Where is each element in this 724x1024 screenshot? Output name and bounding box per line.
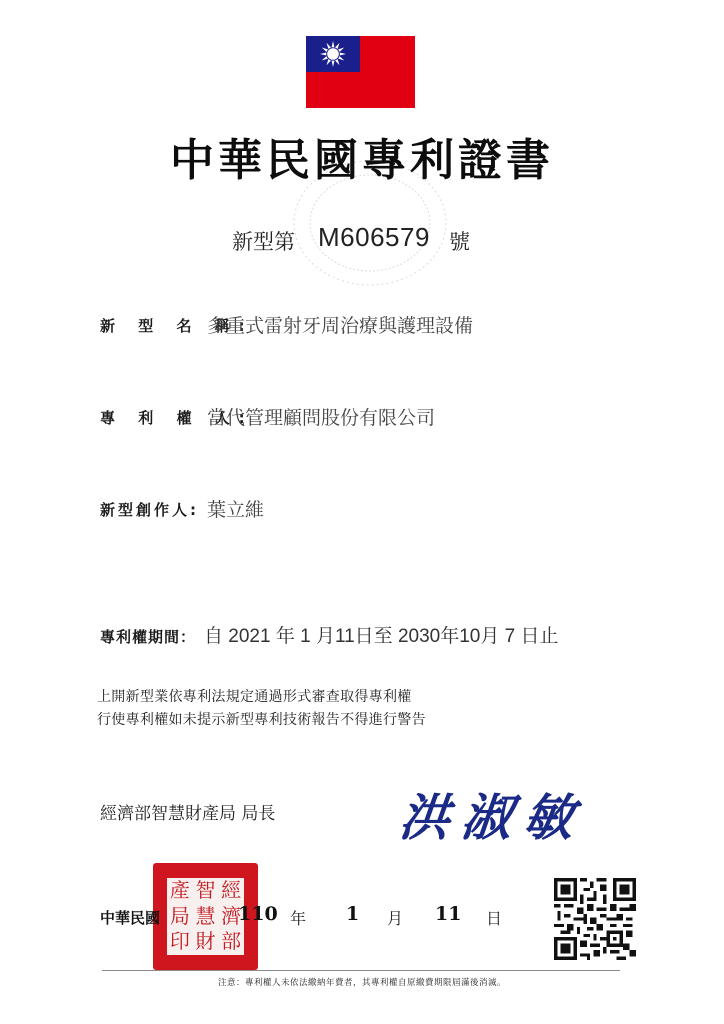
footnote: 注意：專利權人未依法繳納年費者，其專利權自原繳費期限屆滿後消滅。 [0, 976, 724, 988]
patent-period-value: 自 2021 年 1 月11日至 2030年10月 7 日止 [204, 621, 558, 648]
creator-label: 新型創作人: [100, 499, 199, 520]
creator-value: 葉立維 [207, 495, 264, 522]
notice-line-1: 上開新型業依專利法規定通過形式審查取得專利權 [97, 686, 412, 706]
certificate-title: 中華民國專利證書 [0, 124, 724, 188]
white-sun-icon [319, 40, 347, 68]
director-signature: 洪淑敏 [396, 778, 590, 850]
seal-char: 產 [167, 878, 193, 904]
footer-divider [102, 970, 620, 971]
flag-canton [306, 36, 360, 72]
issue-date-day: 11 [435, 903, 461, 925]
issue-date-year: 110 [238, 903, 278, 925]
seal-char: 經 [218, 878, 244, 904]
issue-date-day-unit: 日 [486, 906, 502, 929]
patent-number-prefix: 新型第 [232, 226, 295, 256]
seal-char: 財 [193, 929, 219, 955]
seal-char: 局 [167, 904, 193, 930]
seal-char: 智 [193, 878, 219, 904]
seal-char: 部 [218, 929, 244, 955]
patent-name-value: 多重式雷射牙周治療與護理設備 [207, 311, 473, 338]
issue-date-year-unit: 年 [290, 906, 306, 929]
issue-date-month: 1 [346, 903, 359, 925]
taiwan-flag-icon [306, 36, 415, 108]
issue-date-month-unit: 月 [387, 906, 403, 929]
qr-code[interactable] [554, 878, 636, 960]
patent-owner-value: 當代管理顧問股份有限公司 [207, 403, 435, 430]
patent-number: M606579 [318, 222, 430, 253]
seal-char: 印 [167, 929, 193, 955]
patent-period-label: 專利權期間： [100, 626, 196, 647]
patent-number-suffix: 號 [449, 226, 470, 256]
issue-date-era: 中華民國 [100, 907, 160, 928]
issuing-office-director: 經濟部智慧財產局 局長 [100, 799, 275, 824]
seal-char: 慧 [193, 904, 219, 930]
seal-characters: 經 濟 部 智 慧 財 產 局 印 [167, 878, 244, 955]
notice-line-2: 行使專利權如未提示新型專利技術報告不得進行警告 [97, 709, 426, 729]
